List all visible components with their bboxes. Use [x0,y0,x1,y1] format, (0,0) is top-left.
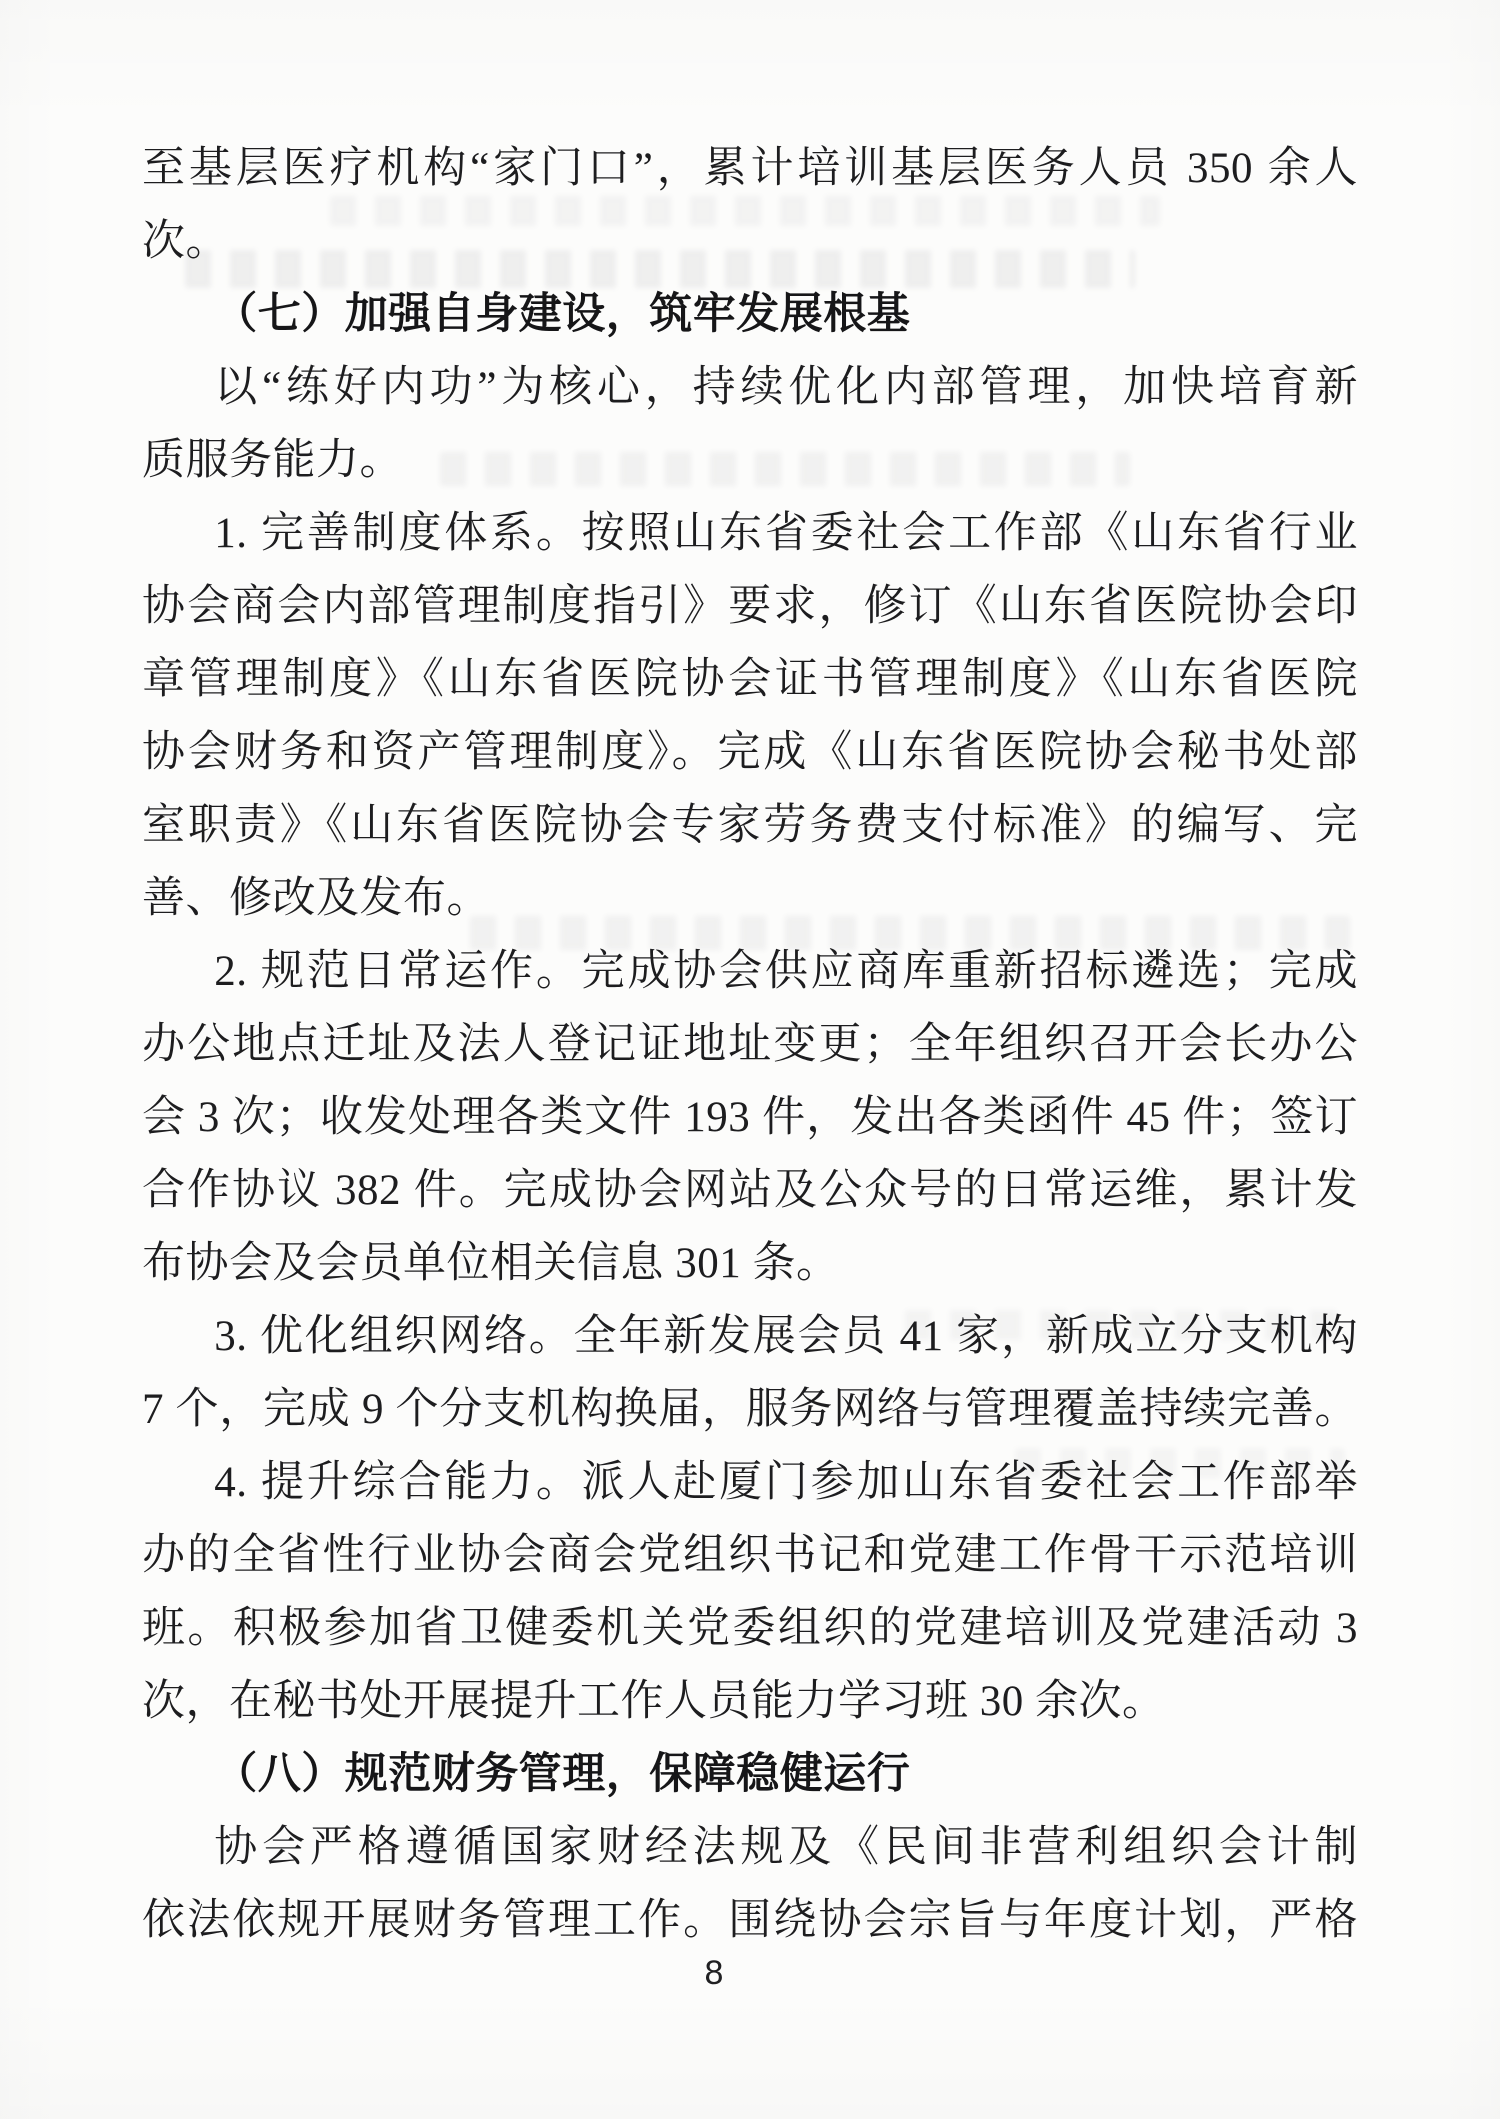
text-line: 办的全省性行业协会商会党组织书记和党建工作骨干示范培训 [142,1519,1358,1592]
text-line: 合作协议 382 件。完成协会网站及公众号的日常运维，累计发 [142,1154,1358,1227]
text-line: 协会严格遵循国家财经法规及《民间非营利组织会计制度》， [142,1811,1358,1884]
text-line: 班。积极参加省卫健委机关党委组织的党建培训及党建活动 3 [142,1592,1358,1665]
text-line: 次。 [142,205,1358,278]
section-heading: （八）规范财务管理，保障稳健运行 [142,1738,1358,1811]
text-line: 至基层医疗机构“家门口”，累计培训基层医务人员 350 余人 [142,132,1358,205]
text-line: 办公地点迁址及法人登记证地址变更；全年组织召开会长办公 [142,1008,1358,1081]
text-line: 善、修改及发布。 [142,862,1358,935]
text-line: 3. 优化组织网络。全年新发展会员 41 家，新成立分支机构 [142,1300,1358,1373]
text-line: 依法依规开展财务管理工作。围绕协会宗旨与年度计划，严格 [142,1884,1358,1957]
text-line: 7 个，完成 9 个分支机构换届，服务网络与管理覆盖持续完善。 [142,1373,1358,1446]
text-line: 4. 提升综合能力。派人赴厦门参加山东省委社会工作部举 [142,1446,1358,1519]
text-line: 章管理制度》《山东省医院协会证书管理制度》《山东省医院 [142,643,1358,716]
text-line: 会 3 次；收发处理各类文件 193 件，发出各类函件 45 件；签订 [142,1081,1358,1154]
text-line: 室职责》《山东省医院协会专家劳务费支付标准》的编写、完 [142,789,1358,862]
text-line: 1. 完善制度体系。按照山东省委社会工作部《山东省行业 [142,497,1358,570]
document-page: 至基层医疗机构“家门口”，累计培训基层医务人员 350 余人 次。 （七）加强自… [0,0,1500,2119]
page-number: 8 [0,1954,1464,1993]
document-text-block: 至基层医疗机构“家门口”，累计培训基层医务人员 350 余人 次。 （七）加强自… [142,132,1358,1957]
text-line: 布协会及会员单位相关信息 301 条。 [142,1227,1358,1300]
text-line: 协会商会内部管理制度指引》要求，修订《山东省医院协会印 [142,570,1358,643]
text-line: 2. 规范日常运作。完成协会供应商库重新招标遴选；完成 [142,935,1358,1008]
text-line: 次，在秘书处开展提升工作人员能力学习班 30 余次。 [142,1665,1358,1738]
text-line: 质服务能力。 [142,424,1358,497]
text-line: 协会财务和资产管理制度》。完成《山东省医院协会秘书处部 [142,716,1358,789]
section-heading: （七）加强自身建设，筑牢发展根基 [142,278,1358,351]
text-line: 以“练好内功”为核心，持续优化内部管理，加快培育新 [142,351,1358,424]
